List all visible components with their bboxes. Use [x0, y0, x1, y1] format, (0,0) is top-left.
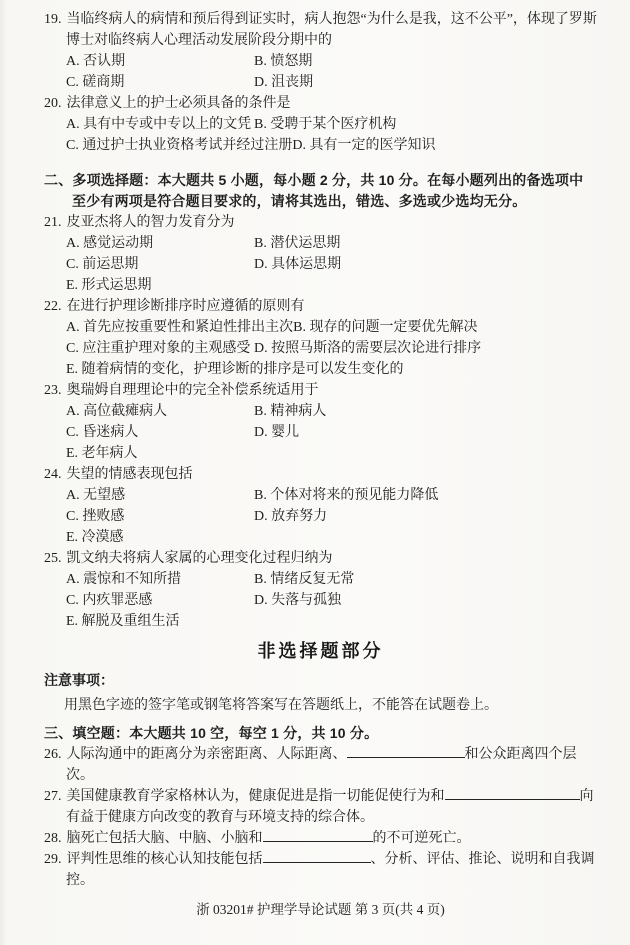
option-row: C. 通过护士执业资格考试并经过注册D. 具有一定的医学知识 [66, 135, 597, 156]
option: E. 老年病人 [66, 443, 254, 464]
question-stem: 27.美国健康教育学家格林认为，健康促进是指一切能促使行为和向有益于健康方向改变… [66, 786, 597, 828]
fill-blank-line [445, 799, 580, 800]
option: C. 前运思期 [66, 254, 254, 275]
fill-blank-line [263, 841, 373, 842]
option-row: C. 昏迷病人D. 婴儿 [66, 422, 597, 443]
question-number: 27. [44, 789, 62, 804]
question-number: 23. [44, 383, 62, 398]
option: A. 首先应按重要性和紧迫性排出主次 [66, 317, 293, 338]
question-stem-text: 当临终病人的病情和预后得到证实时，病人抱怨“为什么是我，这不公平”，体现了罗斯博… [66, 12, 597, 48]
question-stem-text: 失望的情感表现包括 [67, 467, 193, 482]
option: B. 愤怒期 [254, 51, 312, 72]
page-footer: 浙 03201# 护理学导论试题 第 3 页(共 4 页) [44, 899, 597, 920]
question-number: 20. [44, 96, 62, 111]
option: E. 随着病情的变化，护理诊断的排序是可以发生变化的 [66, 359, 404, 380]
option: D. 沮丧期 [254, 72, 313, 93]
question-text-before-blank: 脑死亡包括大脑、中脑、小脑和 [67, 831, 263, 846]
option: D. 具体运思期 [254, 254, 341, 275]
option: C. 内疚罪恶感 [66, 590, 254, 611]
option-row: A. 感觉运动期B. 潜伏运思期 [66, 233, 597, 254]
option: B. 受聘于某个医疗机构 [254, 114, 396, 135]
option: B. 精神病人 [254, 401, 326, 422]
option: E. 解脱及重组生活 [66, 611, 254, 632]
question-25: 25.凯文纳夫将病人家属的心理变化过程归纳为 A. 震惊和不知所措B. 情绪反复… [44, 548, 597, 632]
option-row: A. 具有中专或中专以上的文凭B. 受聘于某个医疗机构 [66, 114, 597, 135]
option-row: C. 挫败感D. 放弃努力 [66, 506, 597, 527]
question-text-before-blank: 人际沟通中的距离分为亲密距离、人际距离、 [67, 747, 347, 762]
question-number: 25. [44, 551, 62, 566]
question-number: 29. [44, 852, 62, 867]
option-row: E. 冷漠感 [66, 527, 597, 548]
question-stem: 26.人际沟通中的距离分为亲密距离、人际距离、和公众距离四个层次。 [66, 744, 597, 786]
question-20: 20.法律意义上的护士必须具备的条件是 A. 具有中专或中专以上的文凭B. 受聘… [44, 93, 597, 156]
question-stem: 29.评判性思维的核心认知技能包括、分析、评估、推论、说明和自我调控。 [66, 849, 597, 891]
option: D. 婴儿 [254, 422, 299, 443]
question-number: 21. [44, 215, 62, 230]
option: A. 无望感 [66, 485, 254, 506]
option: A. 高位截瘫病人 [66, 401, 254, 422]
option: D. 失落与孤独 [254, 590, 341, 611]
question-text-after-blank: 的不可逆死亡。 [373, 831, 471, 846]
option: A. 感觉运动期 [66, 233, 254, 254]
option-row: A. 高位截瘫病人B. 精神病人 [66, 401, 597, 422]
option: C. 磋商期 [66, 72, 254, 93]
question-text-before-blank: 美国健康教育学家格林认为，健康促进是指一切能促使行为和 [67, 789, 445, 804]
question-21: 21.皮亚杰将人的智力发育分为 A. 感觉运动期B. 潜伏运思期 C. 前运思期… [44, 212, 597, 296]
option: C. 挫败感 [66, 506, 254, 527]
option: C. 应注重护理对象的主观感受 [66, 338, 254, 359]
non-select-section-heading: 非选择题部分 [44, 638, 597, 664]
question-23: 23.奥瑞姆自理理论中的完全补偿系统适用于 A. 高位截瘫病人B. 精神病人 C… [44, 380, 597, 464]
option: B. 情绪反复无常 [254, 569, 354, 590]
question-number: 28. [44, 831, 62, 846]
option-row: E. 老年病人 [66, 443, 597, 464]
question-stem-text: 凯文纳夫将病人家属的心理变化过程归纳为 [67, 551, 333, 566]
option-row: A. 否认期B. 愤怒期 [66, 51, 597, 72]
option: D. 放弃努力 [254, 506, 327, 527]
section-multiple-choice-header: 二、多项选择题：本大题共 5 小题，每小题 2 分，共 10 分。在每小题列出的… [44, 170, 597, 212]
question-19: 19.当临终病人的病情和预后得到证实时，病人抱怨“为什么是我，这不公平”，体现了… [44, 9, 597, 93]
option: A. 否认期 [66, 51, 254, 72]
option: E. 形式运思期 [66, 275, 254, 296]
question-24: 24.失望的情感表现包括 A. 无望感B. 个体对将来的预见能力降低 C. 挫败… [44, 464, 597, 548]
question-stem: 25.凯文纳夫将病人家属的心理变化过程归纳为 [66, 548, 597, 569]
option: A. 震惊和不知所措 [66, 569, 254, 590]
option: C. 昏迷病人 [66, 422, 254, 443]
option: A. 具有中专或中专以上的文凭 [66, 114, 254, 135]
option-row: C. 内疚罪恶感D. 失落与孤独 [66, 590, 597, 611]
question-stem: 19.当临终病人的病情和预后得到证实时，病人抱怨“为什么是我，这不公平”，体现了… [66, 9, 597, 51]
option: B. 个体对将来的预见能力降低 [254, 485, 438, 506]
option: D. 具有一定的医学知识 [292, 135, 435, 156]
question-stem: 24.失望的情感表现包括 [66, 464, 597, 485]
fill-blank-line [347, 757, 465, 758]
option-row: E. 解脱及重组生活 [66, 611, 597, 632]
question-stem: 22.在进行护理诊断排序时应遵循的原则有 [66, 296, 597, 317]
option-row: E. 形式运思期 [66, 275, 597, 296]
question-number: 26. [44, 747, 62, 762]
question-26: 26.人际沟通中的距离分为亲密距离、人际距离、和公众距离四个层次。 [44, 744, 597, 786]
option-row: C. 磋商期D. 沮丧期 [66, 72, 597, 93]
question-number: 22. [44, 299, 62, 314]
question-stem: 20.法律意义上的护士必须具备的条件是 [66, 93, 597, 114]
section-fill-blank-header: 三、填空题：本大题共 10 空，每空 1 分，共 10 分。 [44, 723, 597, 744]
exam-page: 19.当临终病人的病情和预后得到证实时，病人抱怨“为什么是我，这不公平”，体现了… [0, 0, 630, 945]
option-row: C. 应注重护理对象的主观感受D. 按照马斯洛的需要层次论进行排序 [66, 338, 597, 359]
question-27: 27.美国健康教育学家格林认为，健康促进是指一切能促使行为和向有益于健康方向改变… [44, 786, 597, 828]
question-stem: 23.奥瑞姆自理理论中的完全补偿系统适用于 [66, 380, 597, 401]
option-row: A. 震惊和不知所措B. 情绪反复无常 [66, 569, 597, 590]
question-number: 24. [44, 467, 62, 482]
question-number: 19. [44, 12, 62, 27]
question-stem-text: 法律意义上的护士必须具备的条件是 [67, 96, 291, 111]
option-row: C. 前运思期D. 具体运思期 [66, 254, 597, 275]
option: B. 潜伏运思期 [254, 233, 340, 254]
option: D. 按照马斯洛的需要层次论进行排序 [254, 338, 481, 359]
question-text-before-blank: 评判性思维的核心认知技能包括 [67, 852, 263, 867]
question-stem: 28.脑死亡包括大脑、中脑、小脑和的不可逆死亡。 [66, 828, 597, 849]
option-row: A. 首先应按重要性和紧迫性排出主次B. 现存的问题一定要优先解决 [66, 317, 597, 338]
question-stem: 21.皮亚杰将人的智力发育分为 [66, 212, 597, 233]
question-stem-text: 皮亚杰将人的智力发育分为 [67, 215, 235, 230]
option: E. 冷漠感 [66, 527, 254, 548]
question-stem-text: 奥瑞姆自理理论中的完全补偿系统适用于 [67, 383, 319, 398]
question-29: 29.评判性思维的核心认知技能包括、分析、评估、推论、说明和自我调控。 [44, 849, 597, 891]
fill-blank-line [263, 862, 371, 863]
option-row: A. 无望感B. 个体对将来的预见能力降低 [66, 485, 597, 506]
question-28: 28.脑死亡包括大脑、中脑、小脑和的不可逆死亡。 [44, 828, 597, 849]
notes-label: 注意事项： [44, 670, 597, 691]
option-row: E. 随着病情的变化，护理诊断的排序是可以发生变化的 [66, 359, 597, 380]
question-22: 22.在进行护理诊断排序时应遵循的原则有 A. 首先应按重要性和紧迫性排出主次B… [44, 296, 597, 380]
notes-text: 用黑色字迹的签字笔或钢笔将答案写在答题纸上，不能答在试题卷上。 [64, 695, 597, 716]
question-stem-text: 在进行护理诊断排序时应遵循的原则有 [67, 299, 305, 314]
option: B. 现存的问题一定要优先解决 [293, 317, 477, 338]
option: C. 通过护士执业资格考试并经过注册 [66, 135, 292, 156]
